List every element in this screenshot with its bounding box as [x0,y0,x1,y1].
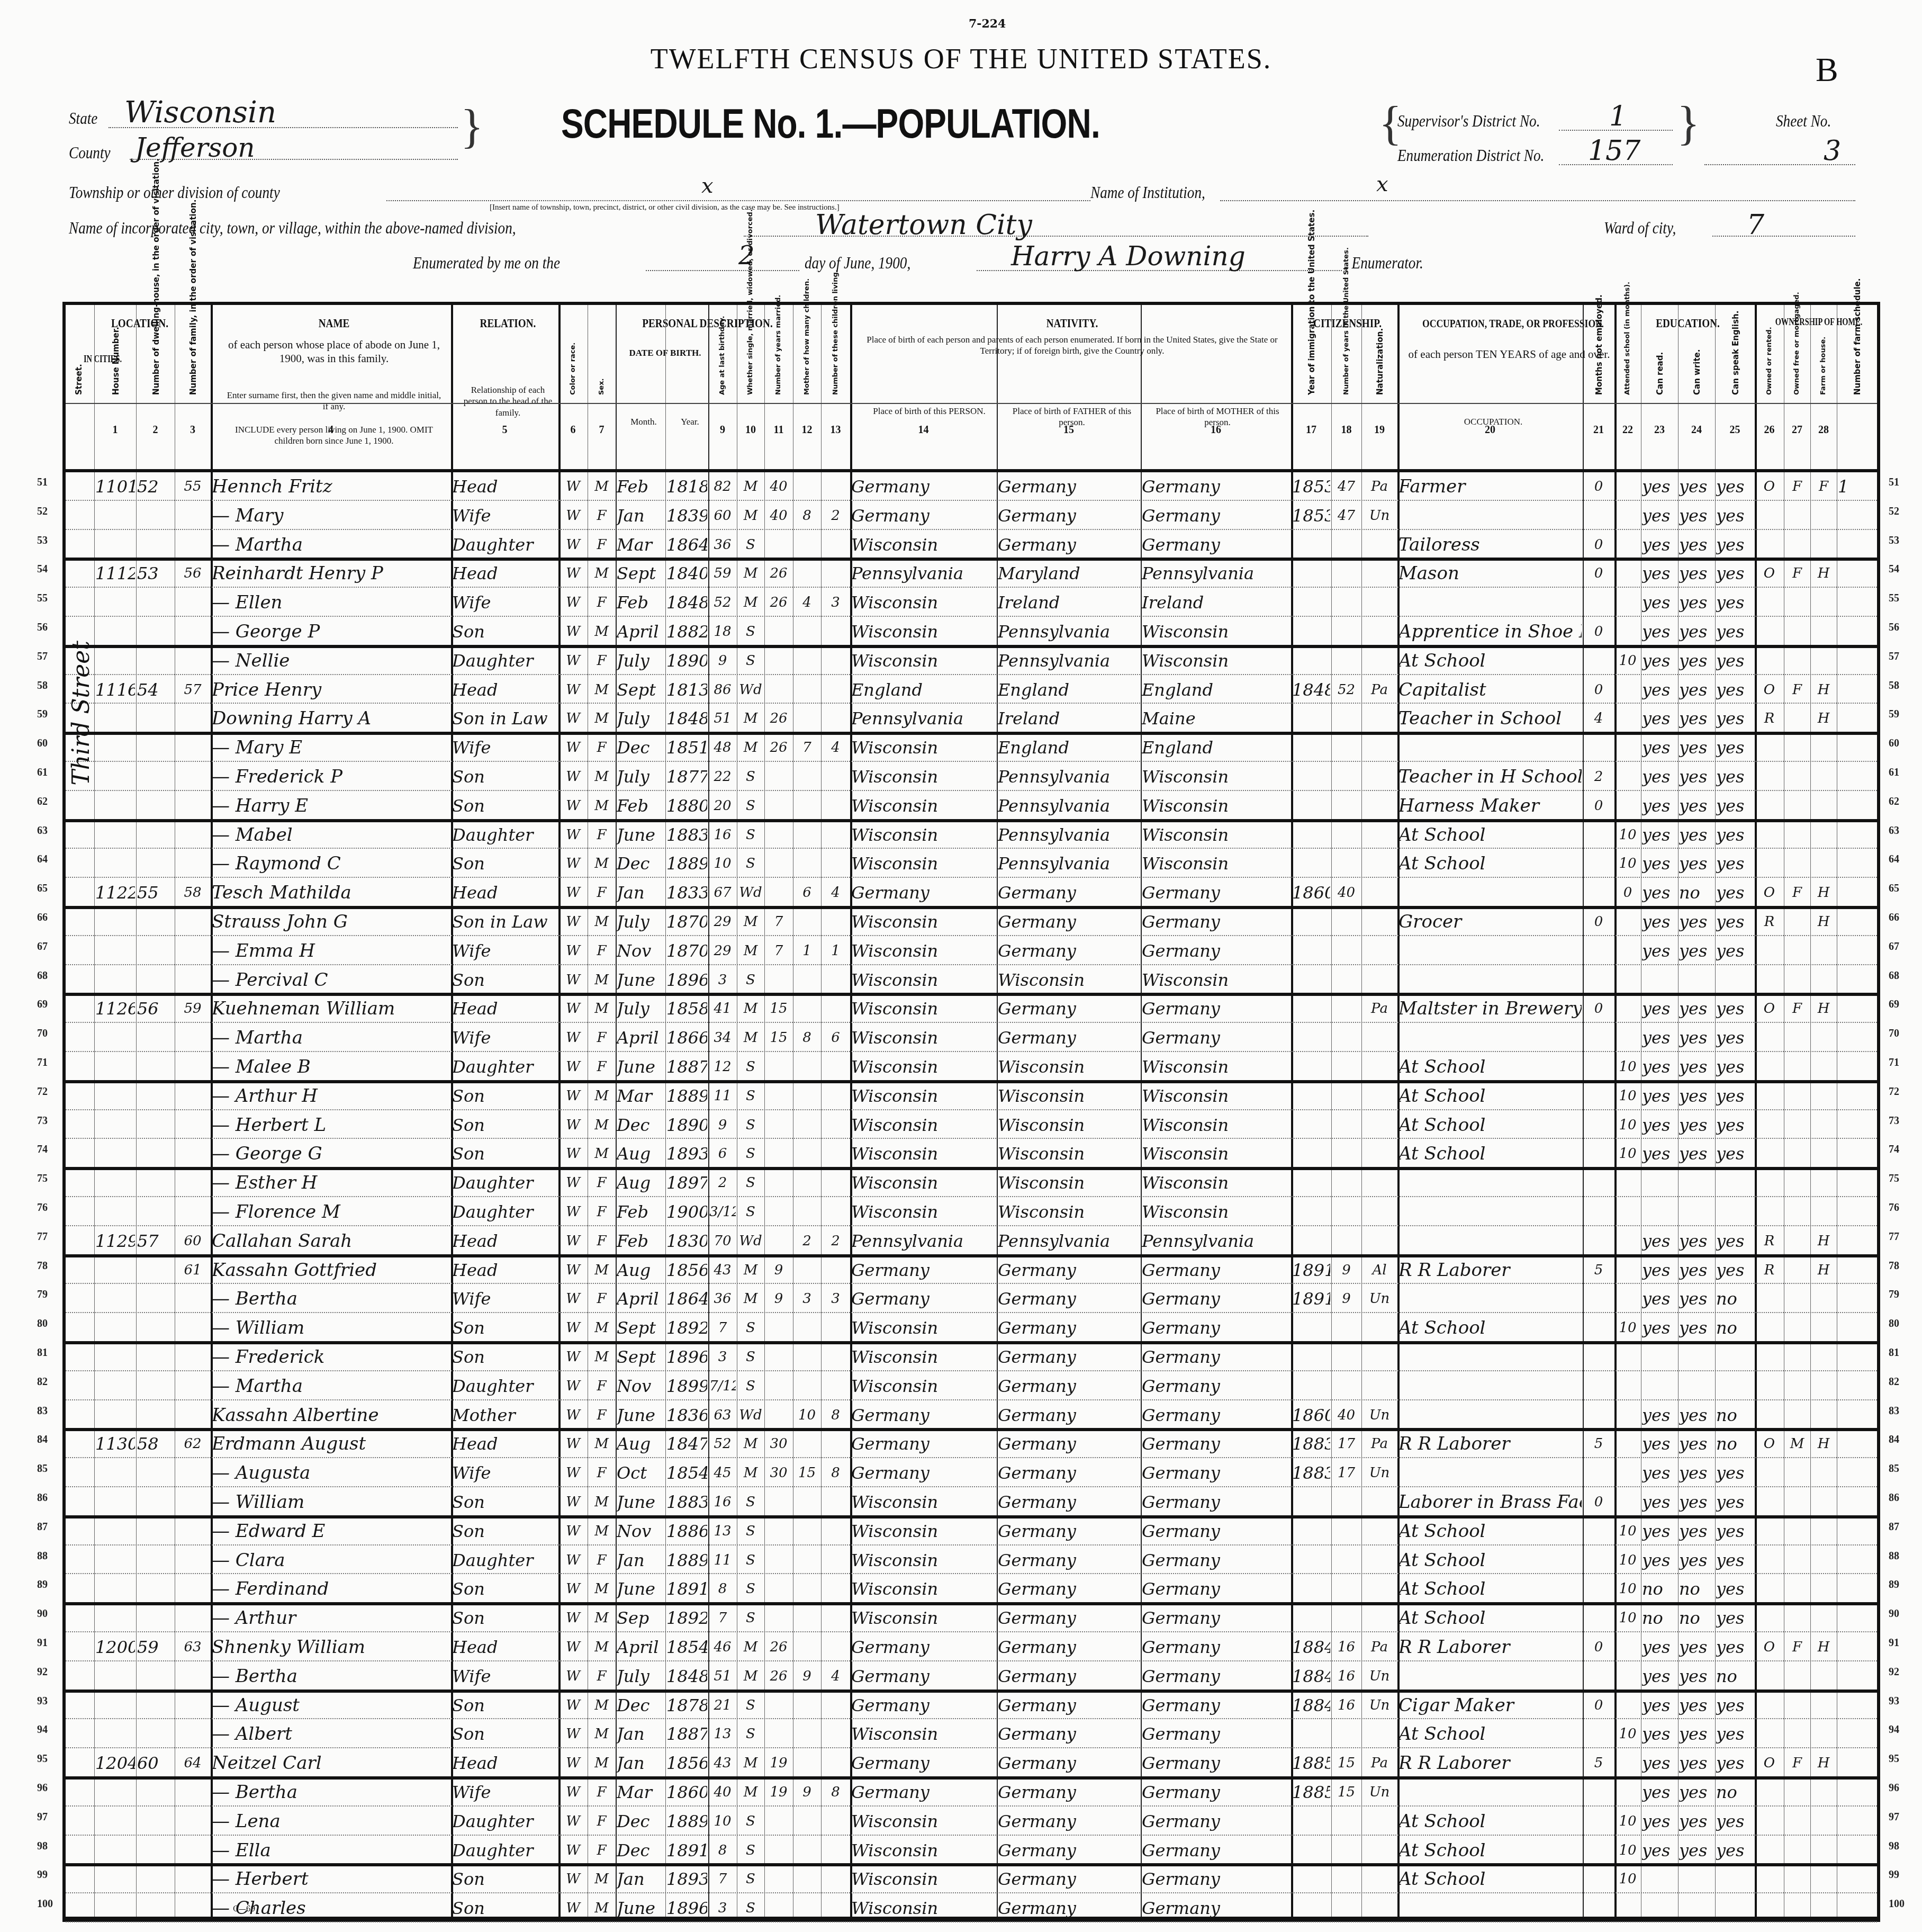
cell-year: 1839 [666,502,707,529]
cell-pob: England [851,677,996,703]
cell-months-unemployed: 0 [1584,532,1613,558]
line-number: 59 [37,708,48,721]
cell-year: 1833 [666,879,707,906]
ward-line [1712,236,1855,237]
cell-sex: M [589,705,615,732]
cell-age: 3 [709,1895,736,1921]
cell-write: yes [1679,1083,1714,1109]
column-number: 14 [850,424,997,436]
column-header-years_us: Number of years in the United States. [1342,355,1350,395]
cell-name: Callahan Sarah [212,1228,450,1254]
cell-read: yes [1642,1228,1677,1254]
cell-pob: Wisconsin [851,589,996,616]
cell-sex: F [589,734,615,761]
cell-name: — August [212,1692,450,1719]
table-row: — ArthurSonWMSep18927SWisconsinGermanyGe… [66,1604,1877,1633]
cell-age: 60 [709,502,736,529]
column-number: 4 [211,424,451,436]
cell-relation: Daughter [452,822,557,848]
cell-write: yes [1679,1663,1714,1690]
cell-school: 10 [1616,1112,1640,1138]
cell-pob-father: Wisconsin [998,1112,1140,1138]
cell-color: W [560,1257,586,1283]
cell-age: 45 [709,1460,736,1486]
table-row: — Raymond CSonWMDec188910SWisconsinPenns… [66,849,1877,878]
cell-age: 18 [709,618,736,645]
institution-value: x [1376,172,1388,196]
cell-marital: Wd [738,1228,763,1254]
cell-color: W [560,1692,586,1719]
cell-owned: R [1756,705,1783,732]
year-label: Year. [669,416,711,427]
cell-pob: Wisconsin [851,822,996,848]
cell-naturalization: Pa [1362,1634,1396,1660]
cell-sex: M [589,967,615,993]
table-row: 11265659Kuehneman WilliamHeadWMJuly18584… [66,994,1877,1023]
cell-school: 10 [1616,1808,1640,1835]
cell-immigration: 1891 [1292,1257,1330,1283]
name-note-1: of each person whose place of abode on J… [224,338,444,366]
cell-month: Dec [617,1692,664,1719]
cell-marital: S [738,618,763,645]
cell-marital: S [738,1837,763,1864]
cell-pob: Germany [851,1257,996,1283]
cell-house: 1101 [95,473,135,500]
line-number: 70 [37,1028,48,1040]
line-number: 99 [37,1869,48,1881]
cell-free: F [1785,879,1809,906]
cell-occupation: At School [1398,850,1582,877]
cell-pob-mother: Wisconsin [1142,1170,1290,1196]
table-row: — MarthaDaughterWFNov18997/12SWisconsinG… [66,1372,1877,1401]
cell-years-married: 19 [765,1779,792,1805]
cell-name: — William [212,1315,450,1341]
cell-name: Reinhardt Henry P [212,560,450,587]
cell-occupation: At School [1398,1576,1582,1602]
cell-write: yes [1679,793,1714,819]
cell-relation: Wife [452,502,557,529]
cell-pob-mother: Germany [1142,473,1290,500]
cell-color: W [560,909,586,935]
cell-read: yes [1642,1025,1677,1051]
cell-pob-father: Germany [998,1489,1140,1515]
cell-sex: M [589,1895,615,1921]
cell-pob: Wisconsin [851,1866,996,1892]
cell-month: Jan [617,502,664,529]
cell-read: yes [1642,995,1677,1022]
cell-english: yes [1716,1054,1754,1080]
cell-read: yes [1642,705,1677,732]
line-number: 85 [1889,1463,1899,1475]
cell-write: yes [1679,1228,1714,1254]
sheet-label: Sheet No. [1776,111,1831,131]
cell-name: — Raymond C [212,850,450,877]
cell-pob-father: Germany [998,1895,1140,1921]
cell-pob-mother: Ireland [1142,589,1290,616]
schedule-title: SCHEDULE No. 1.—POPULATION. [561,100,1100,148]
cell-read: yes [1642,1402,1677,1428]
cell-relation: Son [452,1489,557,1515]
cell-age: 2 [709,1170,736,1196]
cell-name: — Edward E [212,1518,450,1544]
enumerated-day-line [646,270,799,271]
line-number: 62 [1889,796,1899,808]
institution-label: Name of Institution, [1090,183,1205,202]
cell-color: W [560,1083,586,1109]
line-number: 61 [1889,767,1899,779]
line-number: 68 [37,970,48,982]
cell-name: Tesch Mathilda [212,879,450,906]
table-row: — Percival CSonWMJune18963SWisconsinWisc… [66,966,1877,995]
cell-sex: F [589,532,615,558]
cell-relation: Daughter [452,1808,557,1835]
column-number: 10 [737,424,764,436]
cell-family: 58 [176,879,210,906]
cell-color: W [560,1721,586,1747]
cell-pob-mother: Germany [1142,1634,1290,1660]
cell-living: 3 [822,1286,849,1312]
cell-age: 3 [709,1344,736,1370]
cell-marital: S [738,850,763,877]
cell-occupation: Mason [1398,560,1582,587]
cell-write: yes [1679,995,1714,1022]
cell-english: yes [1716,618,1754,645]
column-header-naturalization: Naturalization. [1375,355,1385,395]
cell-pob: Germany [851,1286,996,1312]
cell-school: 10 [1616,850,1640,877]
cell-marital: S [738,1866,763,1892]
cell-age: 11 [709,1547,736,1574]
cell-write: yes [1679,1692,1714,1719]
cell-english: yes [1716,1692,1754,1719]
cell-age: 41 [709,995,736,1022]
cell-living: 2 [822,1228,849,1254]
cell-pob-father: Germany [998,1518,1140,1544]
cell-name: Kassahn Albertine [212,1402,450,1428]
column-number: 20 [1397,424,1583,436]
cell-read: yes [1642,1518,1677,1544]
cell-years-us: 9 [1332,1257,1360,1283]
group-personal: PERSONAL DESCRIPTION. [591,317,824,331]
cell-month: Aug [617,1140,664,1167]
cell-name: — Emma H [212,938,450,964]
cell-immigration: 1884 [1292,1663,1330,1690]
cell-pob: Germany [851,473,996,500]
line-number: 97 [37,1811,48,1823]
column-number: 12 [793,424,821,436]
cell-dwelling: 57 [137,1228,174,1254]
cell-pob: Wisconsin [851,1373,996,1399]
line-number: 86 [37,1492,48,1504]
column-header-write: Can write. [1692,355,1702,395]
cell-marital: S [738,648,763,674]
cell-pob-father: Germany [998,1837,1140,1864]
cell-read: yes [1642,648,1677,674]
cell-years-us: 17 [1332,1431,1360,1457]
column-header-years_married: Number of years married. [774,355,782,395]
cell-pob-mother: Germany [1142,502,1290,529]
line-number: 76 [1889,1202,1899,1214]
cell-family: 64 [176,1750,210,1776]
line-number: 67 [37,941,48,953]
cell-read: yes [1642,822,1677,848]
cell-color: W [560,1460,586,1486]
cell-pob-mother: Wisconsin [1142,1054,1290,1080]
line-number: 98 [37,1840,48,1853]
cell-color: W [560,822,586,848]
cell-pob-mother: Wisconsin [1142,648,1290,674]
cell-year: 1890 [666,648,707,674]
table-row: — Emma HWifeWFNov187029M711WisconsinGerm… [66,937,1877,966]
cell-year: 1883 [666,1489,707,1515]
cell-month: Dec [617,1808,664,1835]
cell-pob-mother: Germany [1142,1518,1290,1544]
cell-farm: H [1811,1228,1836,1254]
cell-write: no [1679,1576,1714,1602]
cell-age: 51 [709,1663,736,1690]
cell-marital: S [738,1489,763,1515]
cell-owned: O [1756,473,1783,500]
cell-years-married: 26 [765,589,792,616]
cell-dwelling: 53 [137,560,174,587]
cell-age: 70 [709,1228,736,1254]
cell-relation: Son [452,1866,557,1892]
cell-naturalization: Un [1362,1460,1396,1486]
cell-read: yes [1642,560,1677,587]
cell-occupation: Tailoress [1398,532,1582,558]
cell-name: — Esther H [212,1170,450,1196]
cell-write: yes [1679,618,1714,645]
cell-years-married: 7 [765,938,792,964]
cell-occupation: At School [1398,1054,1582,1080]
cell-year: 1866 [666,1025,707,1051]
pob-person-label: Place of birth of this PERSON. [859,406,1000,417]
cell-name: — Bertha [212,1663,450,1690]
column-number: 18 [1331,424,1361,436]
cell-month: July [617,648,664,674]
cell-write: yes [1679,1286,1714,1312]
cell-pob-mother: Germany [1142,995,1290,1022]
cell-living: 8 [822,1460,849,1486]
cell-months-unemployed: 5 [1584,1431,1613,1457]
cell-age: 59 [709,560,736,587]
cell-relation: Son [452,1895,557,1921]
cell-color: W [560,1112,586,1138]
table-row: Strauss John GSon in LawWMJuly187029M7Wi… [66,907,1877,937]
cell-pob-mother: Pennsylvania [1142,1228,1290,1254]
table-row: — AlbertSonWMJan188713SWisconsinGermanyG… [66,1720,1877,1749]
cell-family: 62 [176,1431,210,1457]
cell-name: — Albert [212,1721,450,1747]
cell-relation: Daughter [452,648,557,674]
line-number: 55 [1889,592,1899,605]
cell-relation: Son [452,850,557,877]
line-number: 57 [37,651,48,663]
cell-year: 1880 [666,793,707,819]
table-row: — HerbertSonWMJan18937SWisconsinGermanyG… [66,1865,1877,1894]
cell-living: 4 [822,879,849,906]
cell-sex: F [589,879,615,906]
cell-immigration: 1848 [1292,677,1330,703]
cell-pob-father: Germany [998,1344,1140,1370]
table-row: — BerthaWifeWFJuly184851M2694GermanyGerm… [66,1662,1877,1691]
cell-year: 1889 [666,1808,707,1835]
cell-name: — Mary [212,502,450,529]
table-row: 11295760Callahan SarahHeadWFFeb183070Wd2… [66,1227,1877,1256]
cell-write: yes [1679,1518,1714,1544]
cell-name: Neitzel Carl [212,1750,450,1776]
cell-pob: Wisconsin [851,1895,996,1921]
line-number: 91 [37,1637,48,1649]
cell-school: 0 [1616,879,1640,906]
cell-pob: Wisconsin [851,1489,996,1515]
cell-read: no [1642,1605,1677,1631]
cell-relation: Wife [452,734,557,761]
cell-pob-mother: Germany [1142,1895,1290,1921]
cell-sex: M [589,1518,615,1544]
cell-age: 12 [709,1054,736,1080]
cell-marital: S [738,1054,763,1080]
column-number: 16 [1141,424,1291,436]
cell-year: 1900 [666,1199,707,1225]
line-number: 56 [37,622,48,634]
table-row: — Malee BDaughterWFJune188712SWisconsinW… [66,1053,1877,1082]
line-number: 71 [1889,1057,1899,1069]
cell-month: Feb [617,473,664,500]
cell-marital: M [738,1750,763,1776]
cell-marital: S [738,532,763,558]
cell-write: yes [1679,502,1714,529]
cell-year: 1864 [666,532,707,558]
cell-name: — Florence M [212,1199,450,1225]
cell-owned: O [1756,1634,1783,1660]
column-number: 11 [764,424,793,436]
column-header-mother_of: Mother of how many children. [803,355,811,395]
cell-write: yes [1679,1431,1714,1457]
line-number: 94 [37,1724,48,1736]
cell-years-married: 30 [765,1460,792,1486]
cell-sex: F [589,1054,615,1080]
column-number: 21 [1583,424,1614,436]
cell-school: 10 [1616,1576,1640,1602]
sheet-number: 3 [1824,135,1841,167]
cell-relation: Mother [452,1402,557,1428]
cell-pob-mother: Germany [1142,909,1290,935]
cell-years-married: 26 [765,1634,792,1660]
cell-farm: H [1811,677,1836,703]
cell-year: 1854 [666,1460,707,1486]
cell-relation: Son [452,793,557,819]
cell-pob: Germany [851,1663,996,1690]
line-number: 72 [1889,1086,1899,1098]
cell-month: July [617,705,664,732]
cell-relation: Son [452,1140,557,1167]
table-row: 11165457Price HenryHeadWMSept181386WdEng… [66,676,1877,705]
cell-pob-mother: Germany [1142,1315,1290,1341]
cell-english: yes [1716,850,1754,877]
cell-write: yes [1679,850,1714,877]
cell-color: W [560,1344,586,1370]
cell-mother-of: 9 [794,1663,820,1690]
cell-name: Shnenky William [212,1634,450,1660]
cell-years-us: 15 [1332,1750,1360,1776]
column-number: 9 [708,424,737,436]
cell-read: yes [1642,1054,1677,1080]
cell-read: yes [1642,1286,1677,1312]
line-number: 100 [37,1898,53,1910]
table-row: — Herbert LSonWMDec18909SWisconsinWiscon… [66,1111,1877,1140]
group-name: NAME [238,317,430,331]
cell-month: Sept [617,677,664,703]
cell-pob-father: Germany [998,879,1140,906]
line-number: 83 [37,1405,48,1417]
cell-write: yes [1679,909,1714,935]
cell-color: W [560,677,586,703]
column-number: 23 [1641,424,1678,436]
cell-color: W [560,1286,586,1312]
cell-color: W [560,1547,586,1574]
line-number: 89 [37,1579,48,1591]
cell-living: 8 [822,1402,849,1428]
cell-year: 1892 [666,1315,707,1341]
column-header-family: Number of family, in the order of visita… [188,355,198,395]
column-number: 22 [1614,424,1641,436]
line-number: 84 [37,1434,48,1446]
cell-naturalization: Un [1362,1779,1396,1805]
cell-english: yes [1716,793,1754,819]
table-row: — AugustSonWMDec187821SGermanyGermanyGer… [66,1691,1877,1720]
cell-dwelling: 58 [137,1431,174,1457]
line-number: 75 [1889,1173,1899,1185]
cell-pob-mother: Germany [1142,1605,1290,1631]
cell-house: 1126 [95,995,135,1022]
header-divider [66,403,1877,405]
cell-color: W [560,763,586,790]
cell-english: no [1716,1286,1754,1312]
cell-color: W [560,1808,586,1835]
cell-age: 29 [709,909,736,935]
table-row: — Esther HDaughterWFAug18972SWisconsinWi… [66,1169,1877,1198]
cell-month: Feb [617,793,664,819]
line-number: 53 [1889,535,1899,547]
cell-living: 6 [822,1025,849,1051]
census-title: TWELFTH CENSUS OF THE UNITED STATES. [0,42,1922,75]
cell-year: 1818 [666,473,707,500]
cell-years-married: 9 [765,1286,792,1312]
cell-pob: Wisconsin [851,1518,996,1544]
cell-color: W [560,1895,586,1921]
cell-occupation: Cigar Maker [1398,1692,1582,1719]
table-row: — AugustaWifeWFOct185445M30158GermanyGer… [66,1459,1877,1488]
cell-pob-mother: Germany [1142,1489,1290,1515]
cell-pob-mother: Germany [1142,1721,1290,1747]
cell-pob-mother: Germany [1142,1663,1290,1690]
line-number: 96 [37,1782,48,1794]
column-number: 3 [175,424,211,436]
table-row: — Edward ESonWMNov188613SWisconsinGerman… [66,1517,1877,1546]
cell-year: 1891 [666,1837,707,1864]
cell-sex: M [589,618,615,645]
line-number: 69 [1889,999,1899,1011]
cell-age: 63 [709,1402,736,1428]
cell-name: — Harry E [212,793,450,819]
cell-color: W [560,1750,586,1776]
cell-pob: Germany [851,1634,996,1660]
cell-name: — Frederick [212,1344,450,1370]
cell-pob-mother: Maine [1142,705,1290,732]
cell-color: W [560,1228,586,1254]
cell-year: 1892 [666,1605,707,1631]
